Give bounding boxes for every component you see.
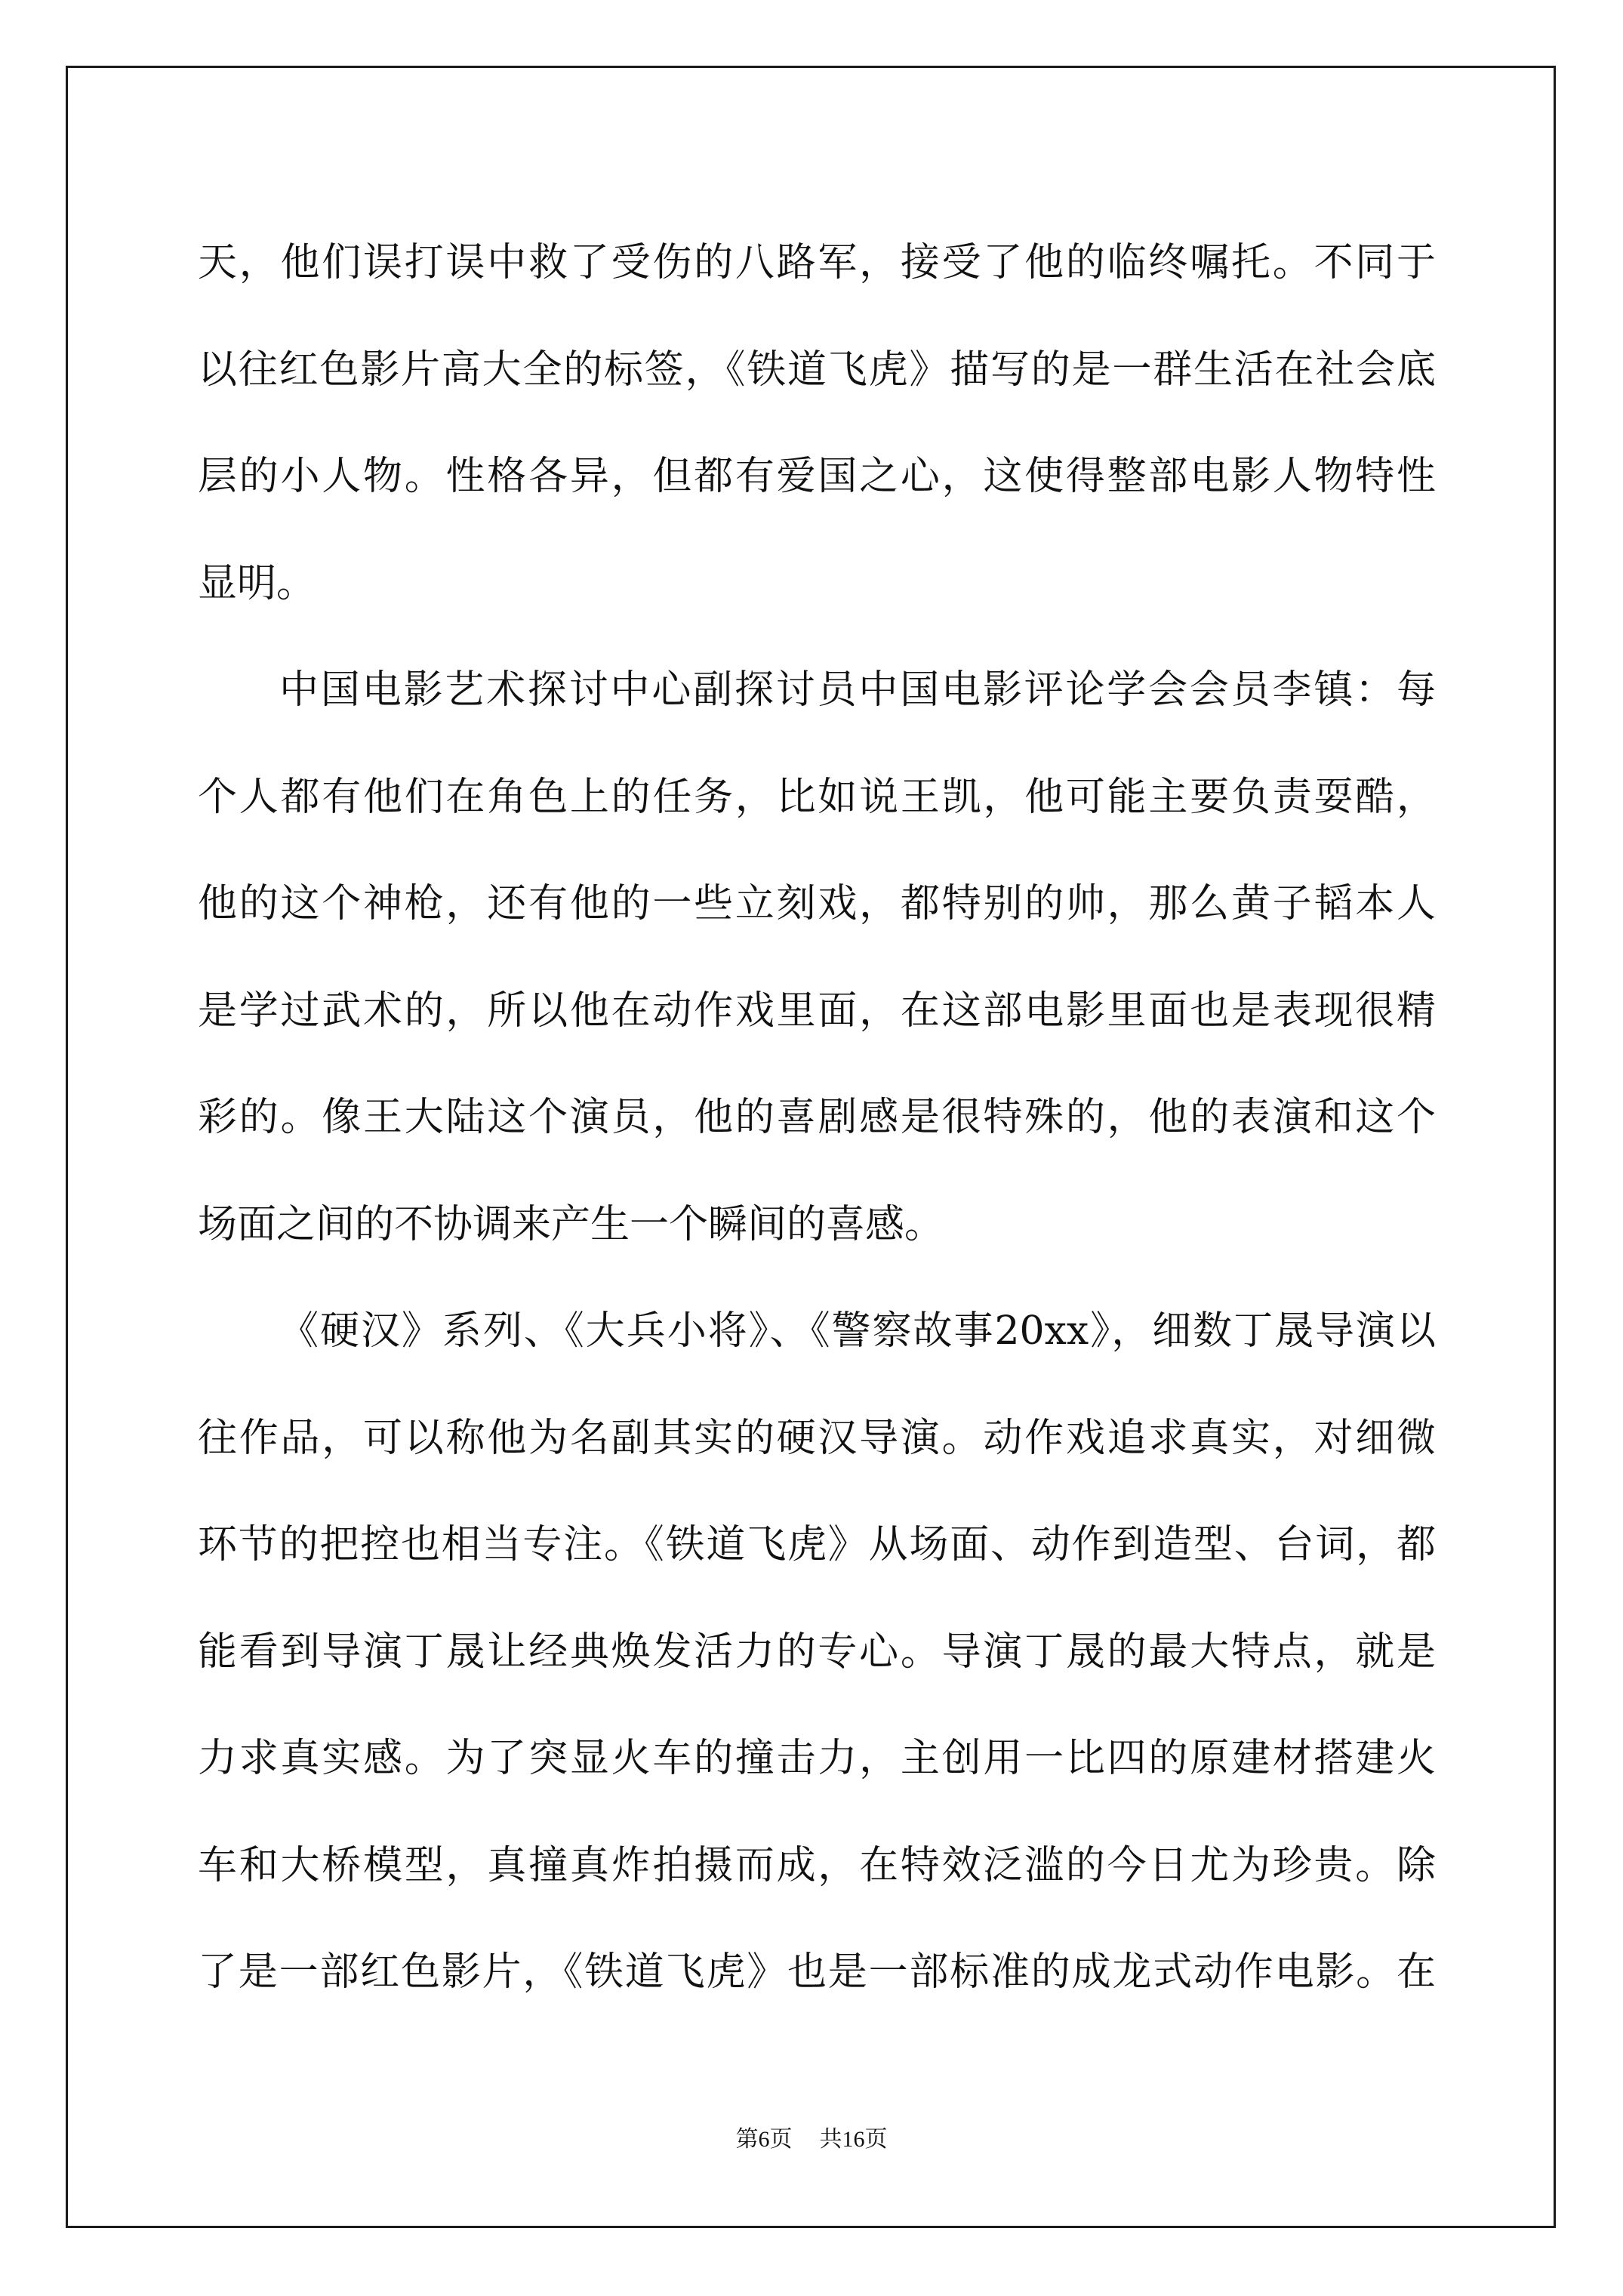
page-footer: 第6页共16页 <box>0 2120 1623 2153</box>
text-line: 场面之间的不协调来产生一个瞬间的喜感。 <box>198 1172 1436 1279</box>
text-line: 个人都有他们在角色上的任务，比如说王凯，他可能主要负责耍酷， <box>198 744 1436 852</box>
text-line: 层的小人物。性格各异，但都有爱国之心，这使得整部电影人物特性 <box>198 424 1436 531</box>
paragraph: 天，他们误打误中救了受伤的八路军，接受了他的临终嘱托。不同于 以往红色影片高大全… <box>198 210 1436 637</box>
text-line: 力求真实感。为了突显火车的撞击力，主创用一比四的原建材搭建火 <box>198 1706 1436 1813</box>
text-line: 天，他们误打误中救了受伤的八路军，接受了他的临终嘱托。不同于 <box>198 210 1436 317</box>
text-line: 往作品，可以称他为名副其实的硬汉导演。动作戏追求真实，对细微 <box>198 1385 1436 1493</box>
paragraph: 中国电影艺术探讨中心副探讨员中国电影评论学会会员李镇：每 个人都有他们在角色上的… <box>198 637 1436 1278</box>
text-line: 以往红色影片高大全的标签，《铁道飞虎》描写的是一群生活在社会底 <box>198 317 1436 424</box>
text-line: 车和大桥模型，真撞真炸拍摄而成，在特效泛滥的今日尤为珍贵。除 <box>198 1813 1436 1920</box>
text-line: 彩的。像王大陆这个演员，他的喜剧感是很特殊的，他的表演和这个 <box>198 1065 1436 1172</box>
text-line: 是学过武术的，所以他在动作戏里面，在这部电影里面也是表现很精 <box>198 958 1436 1065</box>
document-body: 天，他们误打误中救了受伤的八路军，接受了他的临终嘱托。不同于 以往红色影片高大全… <box>198 210 1436 2026</box>
page-total: 共16页 <box>820 2120 888 2153</box>
text-line: 显明。 <box>198 531 1436 638</box>
text-line: 能看到导演丁晟让经典焕发活力的专心。导演丁晟的最大特点，就是 <box>198 1599 1436 1706</box>
paragraph: 《硬汉》系列、《大兵小将》、《警察故事20xx》，细数丁晟导演以 往作品，可以称… <box>198 1278 1436 2026</box>
page-number: 第6页 <box>736 2120 793 2153</box>
text-line: 了是一部红色影片，《铁道飞虎》也是一部标准的成龙式动作电影。在 <box>198 1919 1436 2026</box>
text-line: 环节的把控也相当专注。《铁道飞虎》从场面、动作到造型、台词，都 <box>198 1492 1436 1599</box>
text-line: 《硬汉》系列、《大兵小将》、《警察故事20xx》，细数丁晟导演以 <box>198 1278 1436 1385</box>
text-line: 中国电影艺术探讨中心副探讨员中国电影评论学会会员李镇：每 <box>198 637 1436 744</box>
text-line: 他的这个神枪，还有他的一些立刻戏，都特别的帅，那么黄子韬本人 <box>198 851 1436 958</box>
